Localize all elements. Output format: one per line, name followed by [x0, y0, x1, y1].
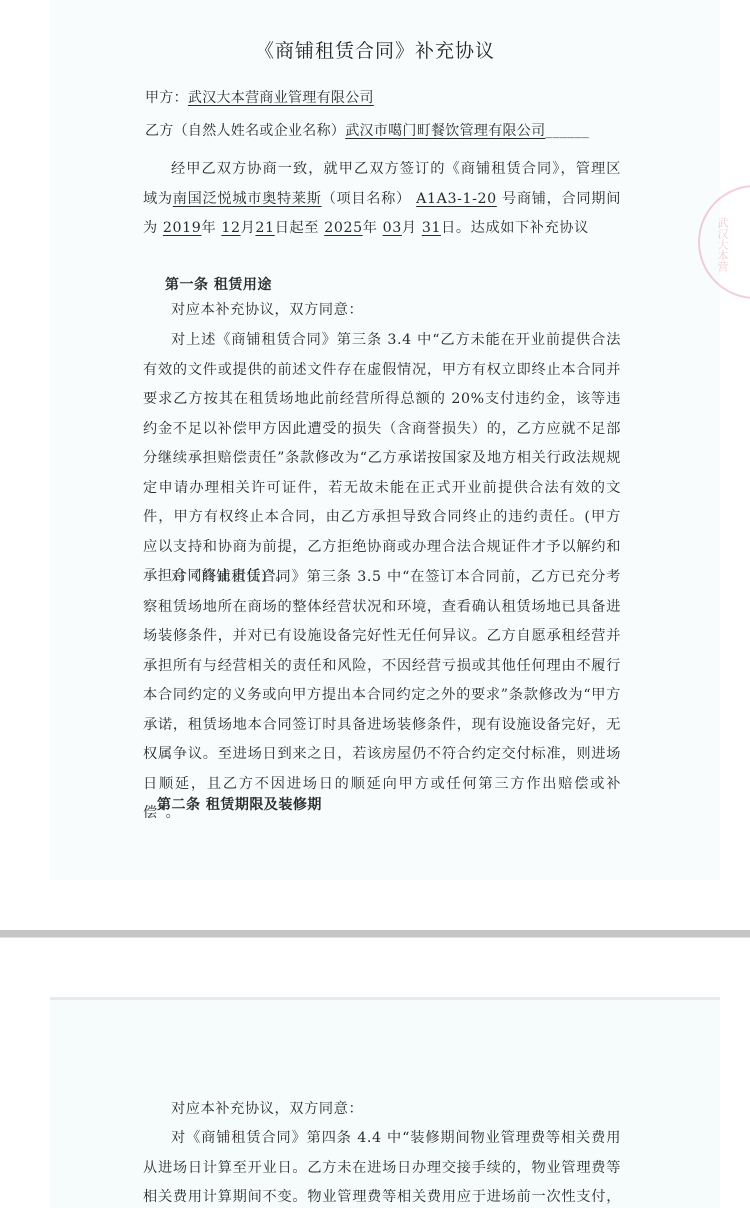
party-b-value: 武汉市噶门町餐饮管理有限公司: [345, 123, 545, 139]
article-1-heading: 第一条 租赁用途: [165, 274, 272, 294]
article-2-para-1: 对《商铺租赁合同》第四条 4.4 中“装修期间物业管理费等相关费用从进场日计算至…: [143, 1124, 621, 1208]
stamp-text: 武汉大本营: [714, 217, 730, 272]
article-1-para-2: 对《商铺租赁合同》第三条 3.5 中“在签订本合同前，乙方已充分考察租赁场地所在…: [143, 563, 621, 829]
document-title: 《商铺租赁合同》补充协议: [0, 36, 750, 63]
end-day: 31: [422, 220, 441, 236]
end-month: 03: [383, 220, 402, 236]
start-year: 2019: [163, 220, 202, 236]
intro-end: 日。达成如下补充协议: [441, 220, 589, 236]
article-1-para-1: 对上述《商铺租赁合同》第三条 3.4 中“乙方未能在开业前提供合法有效的文件或提…: [143, 326, 621, 592]
party-a-line: 甲方：武汉大本营商业管理有限公司: [145, 87, 374, 107]
start-month: 12: [221, 220, 240, 236]
article-2-heading: 第二条 租赁期限及装修期: [157, 794, 322, 814]
shop-number: A1A3-1-20: [416, 191, 497, 207]
from-to-text: 日起至: [275, 220, 319, 236]
party-a-label: 甲方：: [145, 90, 188, 106]
project-name: 南国泛悦城市奥特莱斯: [173, 191, 322, 207]
end-year: 2025: [324, 220, 363, 236]
party-b-label: 乙方（自然人姓名或企业名称）: [145, 123, 345, 139]
article-1-agree: 对应本补充协议，双方同意：: [143, 296, 621, 326]
party-b-trail: ______: [545, 123, 589, 139]
year-char: 年: [201, 220, 216, 236]
month-char: 月: [241, 220, 256, 236]
page-divider: [0, 930, 750, 938]
party-a-value: 武汉大本营商业管理有限公司: [188, 90, 374, 106]
start-day: 21: [255, 220, 274, 236]
party-b-line: 乙方（自然人姓名或企业名称）武汉市噶门町餐饮管理有限公司______: [145, 120, 589, 140]
intro-paragraph: 经甲乙双方协商一致，就甲乙双方签订的《商铺租赁合同》，管理区域为南国泛悦城市奥特…: [143, 155, 621, 244]
year-char: 年: [363, 220, 378, 236]
article-2-agree: 对应本补充协议，双方同意：: [143, 1095, 621, 1125]
month-char: 月: [402, 220, 417, 236]
project-label: （项目名称）: [322, 191, 411, 207]
